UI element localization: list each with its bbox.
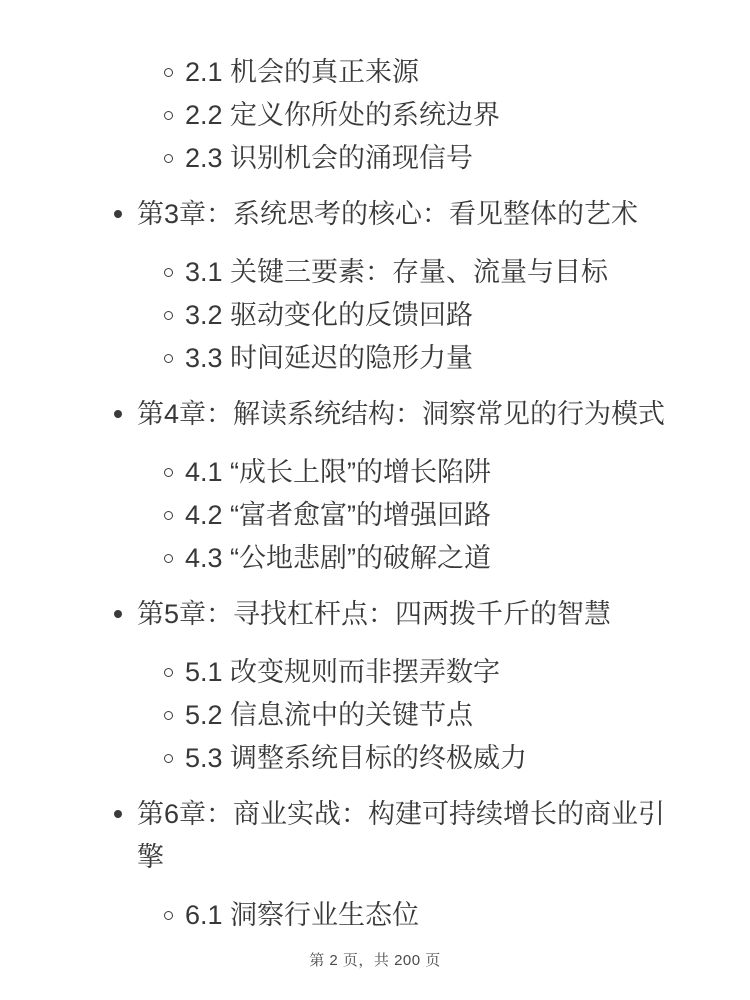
circle-bullet-icon — [164, 911, 173, 920]
toc-chapter-title: 第4章：解读系统结构：洞察常见的行为模式 — [137, 393, 665, 436]
toc-subitem-text: 5.2 信息流中的关键节点 — [185, 694, 473, 737]
circle-bullet-icon — [164, 354, 173, 363]
chapter3-block: 第3章：系统思考的核心：看见整体的艺术 3.1 关键三要素：存量、流量与目标 3… — [114, 193, 675, 380]
circle-bullet-icon — [164, 154, 173, 163]
chapter2-subitem-list: 2.1 机会的真正来源 2.2 定义你所处的系统边界 2.3 识别机会的涌现信号 — [164, 51, 675, 180]
toc-subitem: 2.3 识别机会的涌现信号 — [164, 137, 675, 180]
circle-bullet-icon — [164, 668, 173, 677]
disc-bullet-icon — [114, 410, 122, 418]
toc-subitem: 6.1 洞察行业生态位 — [164, 894, 675, 937]
chapter3-subitem-list: 3.1 关键三要素：存量、流量与目标 3.2 驱动变化的反馈回路 3.3 时间延… — [164, 251, 675, 380]
circle-bullet-icon — [164, 311, 173, 320]
toc-subitem-text: 4.2 “富者愈富”的增强回路 — [185, 494, 491, 537]
chapter5-block: 第5章：寻找杠杆点：四两拨千斤的智慧 5.1 改变规则而非摆弄数字 5.2 信息… — [114, 593, 675, 780]
page-number-indicator: 第 2 页，共 200 页 — [309, 952, 441, 969]
chapter4-subitem-list: 4.1 “成长上限”的增长陷阱 4.2 “富者愈富”的增强回路 4.3 “公地悲… — [164, 451, 675, 580]
toc-chapter: 第3章：系统思考的核心：看见整体的艺术 — [114, 193, 675, 236]
toc-subitem-text: 4.3 “公地悲剧”的破解之道 — [185, 537, 491, 580]
chapter4-block: 第4章：解读系统结构：洞察常见的行为模式 4.1 “成长上限”的增长陷阱 4.2… — [114, 393, 675, 580]
circle-bullet-icon — [164, 711, 173, 720]
toc-subitem: 2.1 机会的真正来源 — [164, 51, 675, 94]
toc-subitem-text: 5.3 调整系统目标的终极威力 — [185, 737, 527, 780]
toc-subitem: 4.1 “成长上限”的增长陷阱 — [164, 451, 675, 494]
toc-subitem-text: 6.1 洞察行业生态位 — [185, 894, 419, 937]
toc-subitem: 4.2 “富者愈富”的增强回路 — [164, 494, 675, 537]
toc-subitem: 3.1 关键三要素：存量、流量与目标 — [164, 251, 675, 294]
toc-subitem-text: 5.1 改变规则而非摆弄数字 — [185, 651, 500, 694]
disc-bullet-icon — [114, 210, 122, 218]
toc-subitem: 5.3 调整系统目标的终极威力 — [164, 737, 675, 780]
toc-subitem: 3.2 驱动变化的反馈回路 — [164, 294, 675, 337]
document-page: 2.1 机会的真正来源 2.2 定义你所处的系统边界 2.3 识别机会的涌现信号… — [0, 0, 750, 1000]
toc-chapter: 第6章：商业实战：构建可持续增长的商业引擎 — [114, 793, 675, 879]
toc-subitem-text: 3.3 时间延迟的隐形力量 — [185, 337, 473, 380]
toc-subitem-text: 2.1 机会的真正来源 — [185, 51, 419, 94]
toc-subitem-text: 4.1 “成长上限”的增长陷阱 — [185, 451, 491, 494]
chapter5-subitem-list: 5.1 改变规则而非摆弄数字 5.2 信息流中的关键节点 5.3 调整系统目标的… — [164, 651, 675, 780]
toc-chapter-title: 第3章：系统思考的核心：看见整体的艺术 — [137, 193, 638, 236]
toc-subitem: 5.1 改变规则而非摆弄数字 — [164, 651, 675, 694]
page-footer: 第 2 页，共 200 页 — [0, 950, 750, 972]
toc-subitem-text: 2.2 定义你所处的系统边界 — [185, 94, 500, 137]
circle-bullet-icon — [164, 268, 173, 277]
toc-subitem: 4.3 “公地悲剧”的破解之道 — [164, 537, 675, 580]
toc-chapter: 第5章：寻找杠杆点：四两拨千斤的智慧 — [114, 593, 675, 636]
toc-subitem: 5.2 信息流中的关键节点 — [164, 694, 675, 737]
circle-bullet-icon — [164, 511, 173, 520]
table-of-contents: 2.1 机会的真正来源 2.2 定义你所处的系统边界 2.3 识别机会的涌现信号… — [0, 0, 750, 937]
toc-chapter-title: 第6章：商业实战：构建可持续增长的商业引擎 — [137, 793, 675, 879]
toc-subitem-text: 3.2 驱动变化的反馈回路 — [185, 294, 473, 337]
circle-bullet-icon — [164, 554, 173, 563]
toc-chapter: 第4章：解读系统结构：洞察常见的行为模式 — [114, 393, 675, 436]
toc-subitem: 2.2 定义你所处的系统边界 — [164, 94, 675, 137]
toc-chapter-title: 第5章：寻找杠杆点：四两拨千斤的智慧 — [137, 593, 611, 636]
circle-bullet-icon — [164, 468, 173, 477]
toc-subitem-text: 3.1 关键三要素：存量、流量与目标 — [185, 251, 608, 294]
toc-subitem-text: 2.3 识别机会的涌现信号 — [185, 137, 473, 180]
chapter6-subitem-list: 6.1 洞察行业生态位 — [164, 894, 675, 937]
disc-bullet-icon — [114, 610, 122, 618]
circle-bullet-icon — [164, 111, 173, 120]
disc-bullet-icon — [114, 810, 122, 818]
circle-bullet-icon — [164, 68, 173, 77]
chapter6-block: 第6章：商业实战：构建可持续增长的商业引擎 6.1 洞察行业生态位 — [114, 793, 675, 937]
toc-subitem: 3.3 时间延迟的隐形力量 — [164, 337, 675, 380]
circle-bullet-icon — [164, 754, 173, 763]
